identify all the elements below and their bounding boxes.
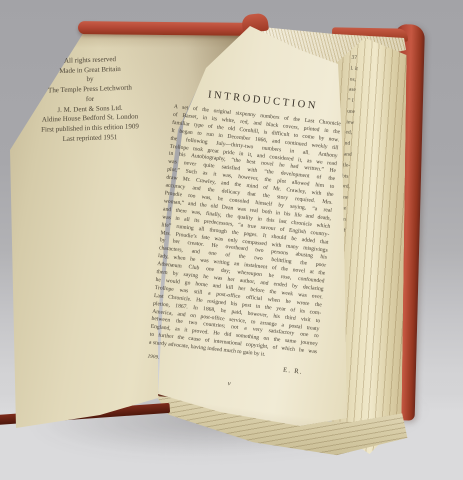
fore-edge-fragment: tle-: [343, 163, 367, 170]
fore-edge-fragment: “ I: [348, 99, 372, 106]
colophon-text: All rights reservedMade in Great Britain…: [14, 53, 166, 146]
fore-edge-fragment: l. it: [350, 66, 374, 73]
introduction-page-text: INTRODUCTION A set of the original sixpe…: [145, 86, 351, 397]
fore-edge-fragment: ase: [349, 88, 373, 95]
left-cover-top-edge: [78, 21, 256, 36]
fore-edge-fragment: os,: [350, 77, 374, 84]
fore-edge-fragment: 37: [351, 56, 375, 63]
fore-edge-fragment: ed,: [345, 131, 369, 138]
fore-edge-fragment: une: [347, 109, 371, 116]
fore-edge-fragment: ord,: [341, 185, 365, 192]
introduction-body: A set of the original sixpenny numbers o…: [148, 104, 349, 366]
fore-edge-fragment: one: [340, 195, 364, 202]
introduction-signature: E. R.: [283, 367, 315, 377]
fore-edge-fragment: bts: [342, 174, 366, 181]
photo-of-open-book: 37l. itos,ase“ Iuneiewed,ndandtle-btsord…: [0, 0, 463, 480]
fore-edge-fragment: and: [344, 152, 368, 159]
fore-edge-fragment: nd: [344, 142, 368, 149]
introduction-date: 1909.: [147, 354, 159, 361]
fore-edge-fragment: iew: [346, 120, 370, 127]
